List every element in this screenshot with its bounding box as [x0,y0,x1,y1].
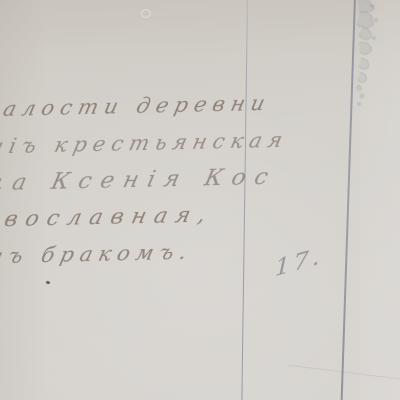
paper-mark-ring [141,9,151,18]
handwriting-line: ыъ бракомъ. [0,242,195,268]
handwriting-line: валости деревни [0,93,273,120]
column-rule-left [241,0,248,400]
paper-speck [46,280,51,284]
document-page: валости деревни ніъ крестьянская ца Ксен… [0,0,400,400]
handwriting-line: авославная, [0,204,216,231]
ink-bleed-decoration [350,0,384,113]
handwriting-line: ніъ крестьянская [0,130,290,158]
handwriting-line: ца Ксенія Кос [0,166,279,196]
margin-number: 17. [275,246,323,281]
